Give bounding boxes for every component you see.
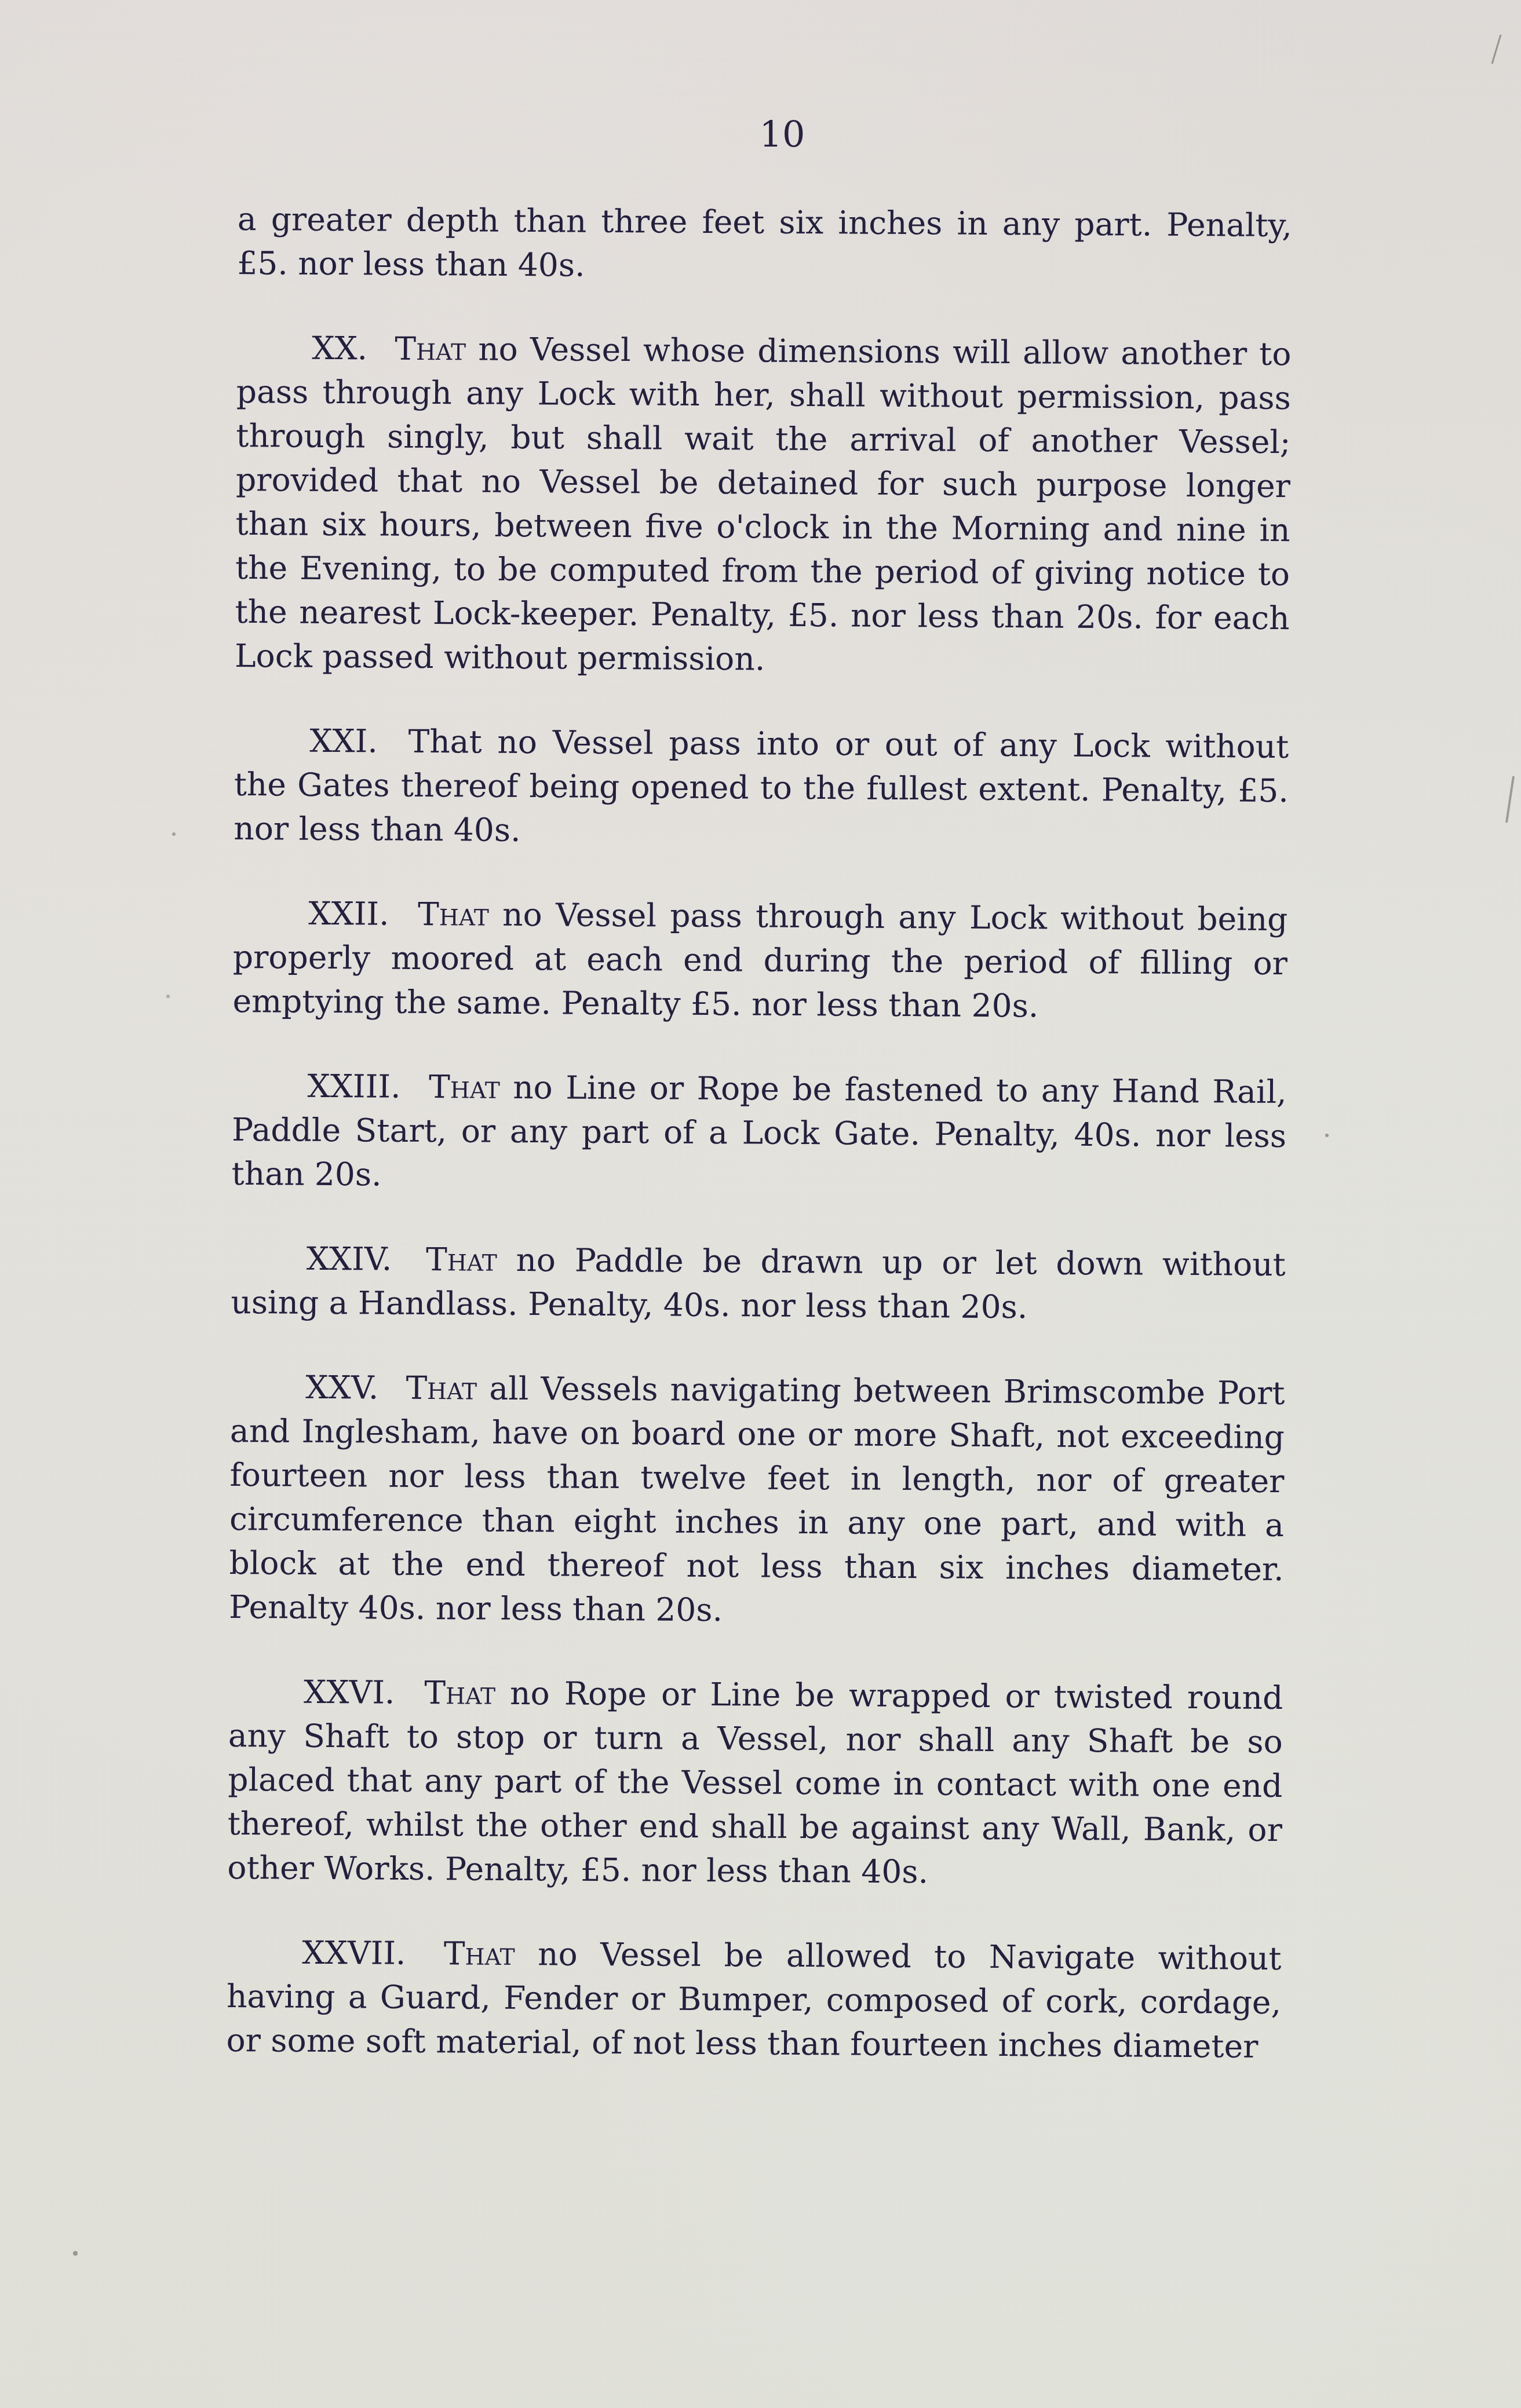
rule-numeral: XX. bbox=[312, 330, 367, 367]
continuation-text: a greater depth than three feet six inch… bbox=[237, 200, 1292, 284]
document-page: 10 a greater depth than three feet six i… bbox=[0, 0, 1521, 2408]
continuation-paragraph: a greater depth than three feet six inch… bbox=[237, 197, 1292, 291]
rule-xxvi: XXVI. That no Rope or Line be wrapped or… bbox=[227, 1669, 1283, 1896]
rule-numeral: XXI. bbox=[309, 722, 378, 760]
rule-numeral: XXV. bbox=[305, 1369, 378, 1406]
rule-lead-word: That bbox=[429, 1068, 500, 1106]
rule-xxv: XXV. That all Vessels navigating between… bbox=[229, 1365, 1285, 1635]
rule-numeral: XXIII. bbox=[307, 1068, 400, 1105]
rule-lead-word: That bbox=[424, 1674, 495, 1712]
rule-numeral: XXVI. bbox=[304, 1673, 395, 1711]
rule-lead-word: That bbox=[418, 896, 489, 933]
page-number: 10 bbox=[0, 113, 1521, 155]
rule-text: no Vessel whose dimensions will allow an… bbox=[235, 331, 1292, 678]
document-body: a greater depth than three feet six inch… bbox=[226, 197, 1292, 2109]
rule-xxiii: XXIII. That no Line or Rope be fastened … bbox=[231, 1064, 1286, 1202]
rule-xxvii: XXVII. That no Vessel be allowed to Navi… bbox=[226, 1930, 1281, 2069]
rule-lead-word: That bbox=[395, 330, 466, 368]
rule-xx: XX. That no Vessel whose dimensions will… bbox=[235, 326, 1292, 684]
rule-lead-word: That bbox=[406, 1369, 477, 1407]
rule-xxi: XXI. That no Vessel pass into or out of … bbox=[234, 718, 1289, 857]
rule-numeral: XXII. bbox=[308, 895, 389, 933]
rule-xxii: XXII. That no Vessel pass through any Lo… bbox=[232, 891, 1287, 1029]
rule-lead-word: That bbox=[426, 1241, 497, 1278]
rule-lead-word: That bbox=[444, 1935, 515, 1972]
rule-xxiv: XXIV. That no Paddle be drawn up or let … bbox=[231, 1236, 1286, 1331]
rule-numeral: XXVII. bbox=[302, 1934, 406, 1972]
rule-lead-word: That bbox=[408, 723, 482, 761]
rule-text: no Vessel pass through any Lock without … bbox=[232, 896, 1287, 1025]
rule-numeral: XXIV. bbox=[307, 1240, 392, 1278]
rule-text: no Vessel pass into or out of any Lock w… bbox=[234, 724, 1289, 849]
rule-text: all Vessels navigating between Brimscomb… bbox=[229, 1370, 1285, 1628]
